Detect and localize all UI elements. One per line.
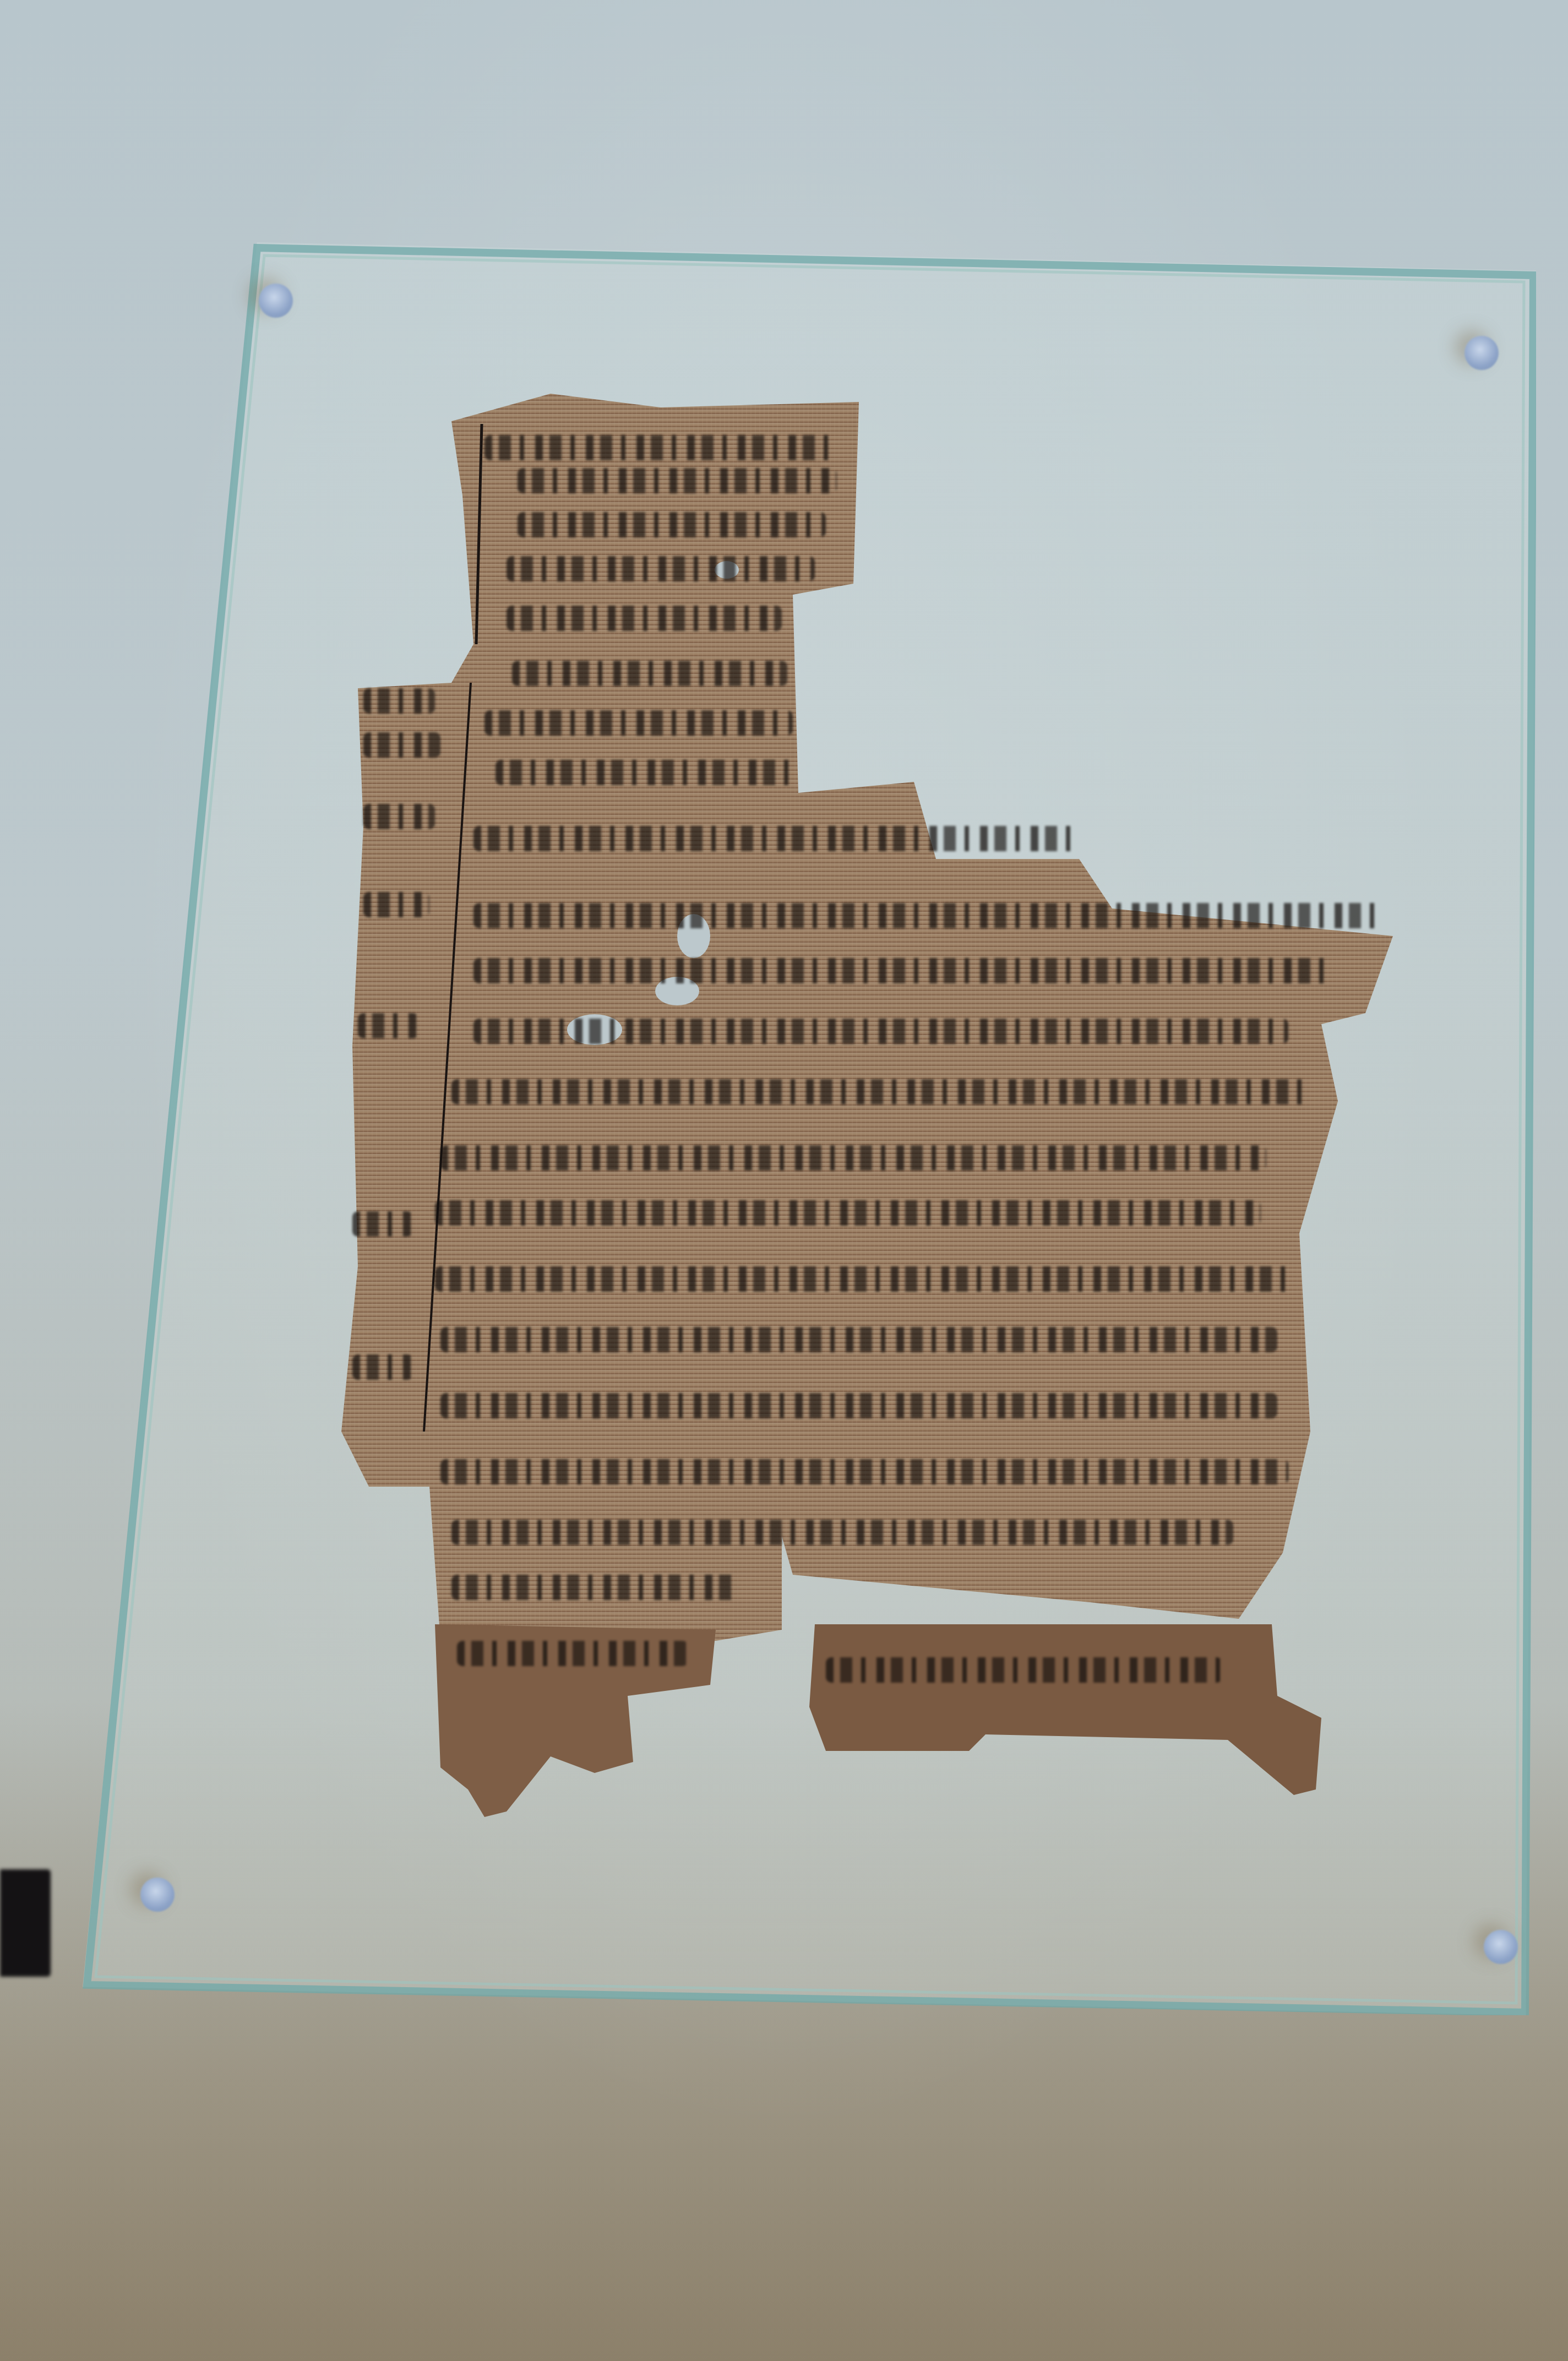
script-line bbox=[507, 606, 782, 631]
script-line bbox=[518, 512, 826, 537]
script-line bbox=[435, 1266, 1294, 1292]
papyrus-fragment bbox=[0, 0, 1568, 2361]
script-line bbox=[440, 1327, 1277, 1352]
script-line bbox=[484, 710, 793, 736]
script-line bbox=[435, 1200, 1261, 1226]
script-line bbox=[440, 1459, 1288, 1484]
script-line bbox=[440, 1393, 1277, 1418]
script-line bbox=[473, 903, 1382, 928]
script-line bbox=[363, 732, 440, 758]
script-line bbox=[440, 1145, 1266, 1171]
script-line bbox=[512, 661, 787, 686]
script-line bbox=[363, 688, 435, 714]
script-line bbox=[473, 958, 1332, 983]
script-line bbox=[352, 1211, 413, 1237]
script-line bbox=[358, 1013, 418, 1038]
script-line bbox=[457, 1641, 688, 1666]
script-line bbox=[451, 1520, 1233, 1545]
script-line bbox=[473, 826, 1079, 851]
script-line bbox=[507, 556, 815, 581]
script-line bbox=[518, 468, 837, 493]
script-line bbox=[826, 1657, 1222, 1683]
script-line bbox=[496, 760, 793, 785]
script-line bbox=[473, 1019, 1288, 1044]
script-line bbox=[363, 804, 435, 829]
script-line bbox=[363, 892, 429, 917]
script-line bbox=[451, 1575, 738, 1600]
script-line bbox=[484, 435, 837, 460]
script-line bbox=[352, 1354, 413, 1380]
script-line bbox=[451, 1079, 1310, 1105]
